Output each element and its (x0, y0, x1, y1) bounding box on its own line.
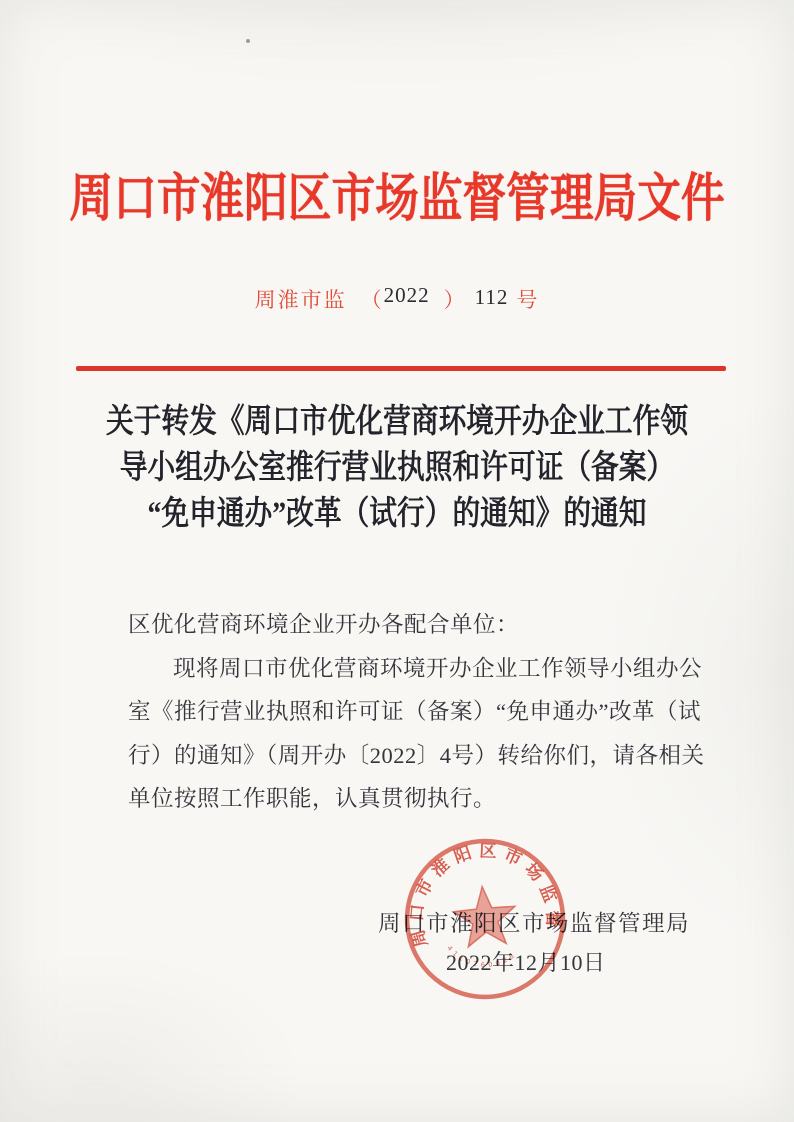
notice-body: 区优化营商环境企业开办各配合单位： 现将周口市优化营商环境开办企业工作领导小组办… (128, 603, 706, 821)
scanned-document-page: 周口市淮阳区市场监督管理局文件 周淮市监（2022）112号 关于转发《周口市优… (0, 0, 794, 1122)
docnum-number: 112 (475, 285, 509, 309)
notice-title: 关于转发《周口市优化营商环境开办企业工作领 导小组办公室推行营业执照和许可证（备… (64, 399, 731, 537)
docnum-suffix: 号 (516, 288, 539, 312)
red-separator-line (76, 366, 726, 371)
body-line: 现将周口市优化营商环境开办企业工作领导小组办公 (128, 647, 706, 691)
notice-title-line: “免申通办”改革（试行）的通知》的通知 (64, 491, 731, 537)
docnum-prefix: 周淮市监 (255, 288, 347, 312)
body-line: 单位按照工作职能，认真贯彻执行。 (128, 777, 706, 821)
body-salutation: 区优化营商环境企业开办各配合单位： (128, 603, 706, 647)
body-line: 室《推行营业执照和许可证（备案）“免申通办”改革（试 (128, 690, 706, 734)
signature-org: 周口市淮阳区市场监督管理局 (378, 906, 690, 938)
signature-date: 2022年12月10日 (446, 946, 606, 977)
body-line: 行）的通知》（周开办〔2022〕4号）转给你们，请各相关 (128, 734, 706, 778)
docnum-open-bracket: （ (361, 288, 384, 312)
document-header-title: 周口市淮阳区市场监督管理局文件 (64, 160, 731, 240)
docnum-close-bracket: ） (444, 288, 467, 312)
notice-title-line: 导小组办公室推行营业执照和许可证（备案） (64, 445, 731, 491)
scan-speck (246, 39, 250, 43)
document-number: 周淮市监（2022）112号 (0, 283, 794, 317)
docnum-year: 2022 (384, 283, 430, 307)
notice-title-line: 关于转发《周口市优化营商环境开办企业工作领 (64, 399, 731, 445)
